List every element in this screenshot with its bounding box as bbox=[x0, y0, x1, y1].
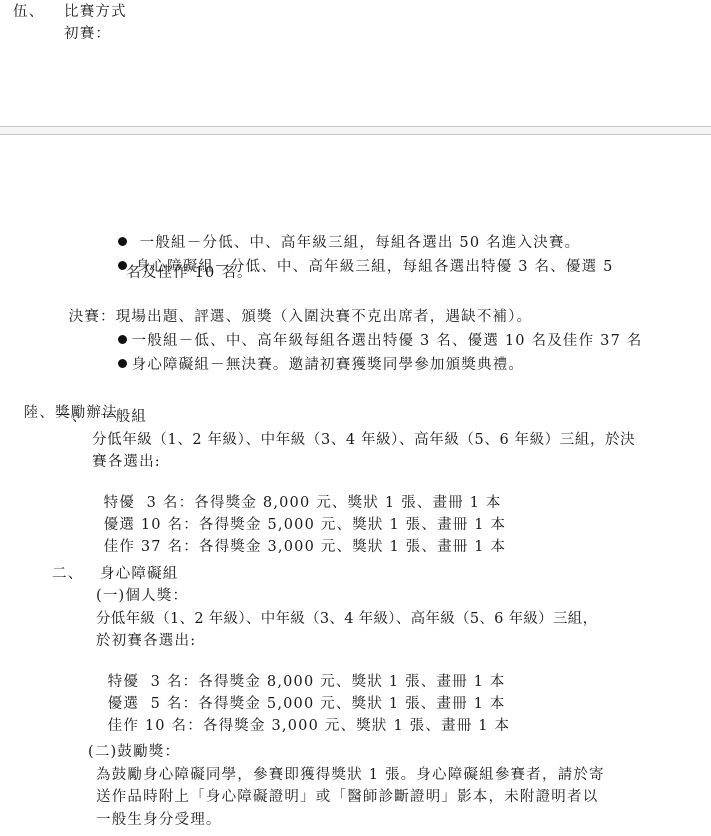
award-detail: ：各得獎金 3,000 元、獎狀 1 張、畫冊 1 本 bbox=[183, 539, 506, 555]
encouragement-line: 一般生身分受理。 bbox=[96, 811, 222, 829]
disability-number: 二、 bbox=[52, 565, 83, 583]
bullet-icon bbox=[118, 359, 127, 368]
section-6-number: 陸、 bbox=[24, 405, 55, 421]
preliminary-label: 初賽： bbox=[64, 25, 111, 43]
general-desc-line1: 分低年級（1、2 年級）、中年級（3、4 年級）、高年級（5、6 年級）三組，於… bbox=[92, 431, 635, 449]
award-detail: ：各得獎金 3,000 元、獎狀 1 張、畫冊 1 本 bbox=[187, 718, 510, 734]
disability-desc-line2: 於初賽各選出: bbox=[96, 632, 196, 650]
individual-award-label: (一)個人獎： bbox=[96, 587, 188, 605]
award-name: 佳作 bbox=[104, 539, 135, 555]
encouragement-line: 為鼓勵身心障礙同學，參賽即獲得獎狀 1 張。身心障礙組參賽者，請於寄 bbox=[96, 766, 605, 784]
encouragement-award-label: (二)鼓勵獎： bbox=[88, 743, 180, 761]
encouragement-line: 送作品時附上「身心障礙證明」或「醫師診斷證明」影本，未附證明者以 bbox=[96, 788, 598, 806]
general-desc-line2: 賽各選出: bbox=[92, 453, 161, 471]
general-title: 一般組 bbox=[100, 408, 147, 426]
final-bullet-disability: 身心障礙組－無決賽。邀請初賽獲獎同學參加頒獎典禮。 bbox=[106, 338, 524, 374]
disability-desc-line1: 分低年級（1、2 年級）、中年級（3、4 年級）、高年級（5、6 年級）三組， bbox=[96, 610, 597, 628]
award-name: 佳作 bbox=[108, 718, 139, 734]
award-count: 37 名 bbox=[135, 539, 183, 555]
general-award-row: 佳作 37 名：各得獎金 3,000 元、獎狀 1 張、畫冊 1 本 bbox=[92, 520, 506, 556]
preliminary-bullet-disability-continuation: 名及佳作 10 名。 bbox=[126, 264, 253, 282]
general-number: 一、 bbox=[56, 408, 87, 426]
page-break bbox=[0, 126, 711, 135]
disability-award-row: 佳作 10 名：各得獎金 3,000 元、獎狀 1 張、畫冊 1 本 bbox=[96, 699, 510, 735]
award-count: 10 名 bbox=[139, 718, 187, 734]
section-5-number: 伍、 bbox=[13, 3, 44, 21]
section-5-title: 比賽方式 bbox=[64, 3, 127, 21]
disability-title: 身心障礙組 bbox=[100, 565, 179, 583]
